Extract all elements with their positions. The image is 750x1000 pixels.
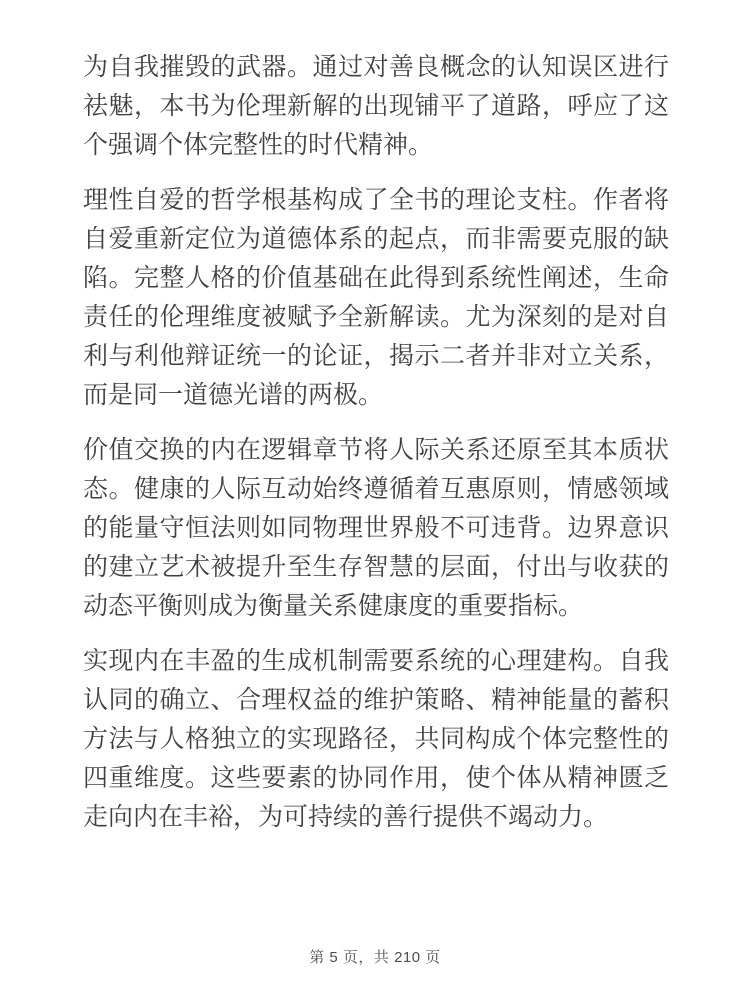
paragraph: 为自我摧毁的武器。通过对善良概念的认知误区进行祛魅，本书为伦理新解的出现铺平了道… <box>83 48 669 165</box>
page-text-content: 为自我摧毁的武器。通过对善良概念的认知误区进行祛魅，本书为伦理新解的出现铺平了道… <box>83 48 669 837</box>
document-page: 为自我摧毁的武器。通过对善良概念的认知误区进行祛魅，本书为伦理新解的出现铺平了道… <box>0 0 750 1000</box>
paragraph: 实现内在丰盈的生成机制需要系统的心理建构。自我认同的确立、合理权益的维护策略、精… <box>83 642 669 837</box>
paragraph: 价值交换的内在逻辑章节将人际关系还原至其本质状态。健康的人际互动始终遵循着互惠原… <box>83 431 669 626</box>
paragraph: 理性自爱的哲学根基构成了全书的理论支柱。作者将自爱重新定位为道德体系的起点，而非… <box>83 181 669 415</box>
page-indicator: 第 5 页，共 210 页 <box>0 946 750 967</box>
